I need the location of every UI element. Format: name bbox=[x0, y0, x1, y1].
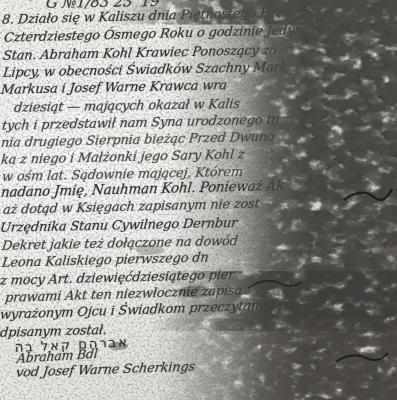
stain-mid-band bbox=[140, 276, 397, 326]
handwritten-line: Markusa i Josef Warne Krawca wra bbox=[0, 78, 227, 98]
stain-right-dense bbox=[120, 0, 397, 400]
ink-flourish-signature bbox=[248, 281, 302, 288]
handwritten-line: dziesiąt — mających okazał w Kalis bbox=[13, 97, 240, 116]
handwritten-line: 8. Działo się w Kaliszu dnia Piętnastego… bbox=[1, 5, 297, 28]
ink-flourish-bottom bbox=[336, 353, 388, 362]
handwritten-line: nia drugiego Sierpnia bieżąc Przed Dwuna bbox=[0, 130, 275, 151]
scan-grain bbox=[0, 0, 397, 400]
handwritten-line: prawami Akt ten niezwłocznie zapisa bbox=[4, 284, 242, 306]
handwritten-line: Leona Kaliskiego pierwszego dn bbox=[1, 251, 209, 271]
document-scan: G №1/83 23ʹ 19 8. Działo się w Kaliszu d… bbox=[0, 0, 397, 400]
stain-top-band bbox=[100, 0, 397, 22]
handwritten-line: w ośm lat. Sądownie mającej, Którem bbox=[1, 165, 244, 185]
ink-smudge bbox=[136, 245, 164, 255]
handwritten-line: z mocy Art. dziewięćdziesiątego pier bbox=[0, 268, 235, 289]
stain-bottom-wash bbox=[180, 326, 397, 400]
handwritten-line: Stan. Abraham Kohl Krawiec Ponoszący za bbox=[2, 43, 277, 64]
handwritten-line: Dekret jakie też dołączone na dowód bbox=[1, 234, 238, 254]
handwritten-line: tych i przedstawił nam Syna urodzonego t… bbox=[1, 113, 280, 134]
latin-signature-1: Abraham Bdl bbox=[16, 346, 98, 366]
latin-signature-2: vod Josef Warne Scherkings bbox=[15, 360, 196, 381]
ink-smudge bbox=[178, 286, 214, 298]
ink-smudge bbox=[108, 342, 128, 350]
handwritten-line: nadano Jmię, Nauhman Kohl. Ponieważ Ak bbox=[0, 178, 285, 201]
hebrew-signature: אברהם קאל בהׄ bbox=[15, 334, 130, 356]
handwritten-line: ka z niego i Małżonki jego Sary Kohl z bbox=[0, 147, 245, 168]
stain-right-clumps bbox=[150, 0, 397, 400]
handwritten-line: wyrażonym Ojcu i Świadkom przeczytany i … bbox=[0, 298, 294, 323]
handwritten-line: dpisanym został. bbox=[0, 323, 108, 341]
handwritten-line: aż dotąd w Księgach zapisanym nie zost bbox=[2, 197, 260, 218]
stain-overlay bbox=[0, 0, 397, 400]
handwritten-line: Czterdziestego Ósmego Roku o godzinie Je… bbox=[3, 23, 322, 46]
ink-flourish-right bbox=[344, 189, 392, 200]
handwritten-line: Lipcy, w obecności Świadków Szachny Mark bbox=[2, 60, 288, 81]
header-note: G №1/83 23ʹ 19 bbox=[45, 0, 160, 12]
handwritten-line: Urzędnika Stanu Cywilnego Dernbur bbox=[0, 216, 238, 236]
